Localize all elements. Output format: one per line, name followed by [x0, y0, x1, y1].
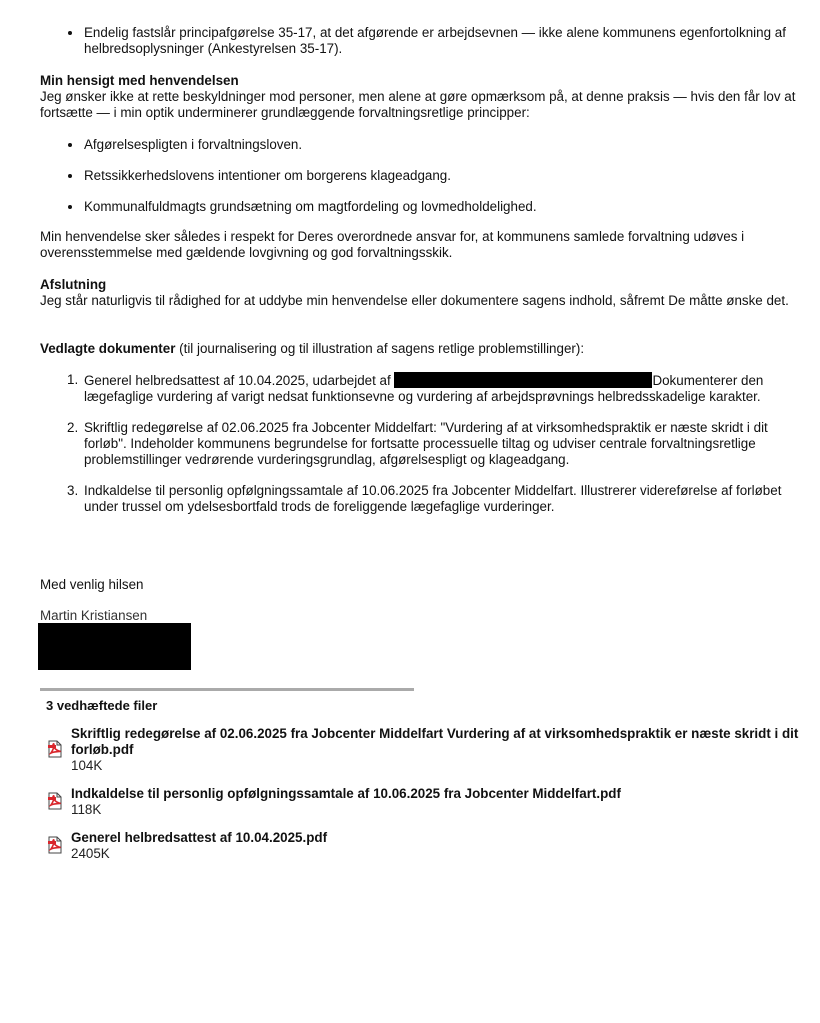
- attachment-item[interactable]: Skriftlig redegørelse af 02.06.2025 fra …: [46, 726, 806, 774]
- attachment-filename[interactable]: Skriftlig redegørelse af 02.06.2025 fra …: [71, 726, 806, 758]
- attachment-size: 104K: [71, 758, 806, 774]
- pdf-file-icon: [46, 740, 64, 758]
- pdf-file-icon: [46, 792, 64, 810]
- list-item: 3. Indkaldelse til personlig opfølgnings…: [40, 483, 800, 515]
- conclusion-section: Afslutning Jeg står naturligvis til rådi…: [40, 277, 789, 309]
- principles-list: Afgørelsespligten i forvaltningsloven. R…: [40, 137, 537, 230]
- section-heading: Min hensigt med henvendelsen: [40, 73, 800, 89]
- greeting: Med venlig hilsen: [40, 577, 143, 593]
- attached-docs-heading: Vedlagte dokumenter (til journalisering …: [40, 341, 584, 357]
- intent-paragraph: Jeg ønsker ikke at rette beskyldninger m…: [40, 89, 800, 121]
- section-heading: Afslutning: [40, 277, 789, 293]
- attachment-size: 2405K: [71, 846, 806, 862]
- item-text: Skriftlig redegørelse af 02.06.2025 fra …: [84, 420, 768, 467]
- list-item: Kommunalfuldmagts grundsætning om magtfo…: [40, 199, 537, 215]
- attachments-heading: 3 vedhæftede filer: [46, 698, 157, 714]
- sender-name: Martin Kristiansen: [40, 608, 147, 624]
- redaction-block: [394, 372, 652, 388]
- attachment-size: 118K: [71, 802, 806, 818]
- list-item: Retssikkerhedslovens intentioner om borg…: [40, 168, 537, 184]
- attached-docs-list: 1. Generel helbredsattest af 10.04.2025,…: [40, 372, 800, 530]
- item-number: 2.: [67, 420, 78, 436]
- attached-docs-subtitle: (til journalisering og til illustration …: [175, 341, 584, 356]
- attachment-item[interactable]: Generel helbredsattest af 10.04.2025.pdf…: [46, 830, 806, 862]
- attachments-divider: [40, 688, 414, 691]
- intent-section: Min hensigt med henvendelsen Jeg ønsker …: [40, 73, 800, 121]
- pdf-file-icon: [46, 836, 64, 854]
- list-item: 2. Skriftlig redegørelse af 02.06.2025 f…: [40, 420, 800, 468]
- conclusion-paragraph: Jeg står naturligvis til rådighed for at…: [40, 293, 789, 309]
- item-text-pre: Generel helbredsattest af 10.04.2025, ud…: [84, 373, 394, 388]
- signature-redaction-block: [38, 623, 191, 670]
- list-item: Afgørelsespligten i forvaltningsloven.: [40, 137, 537, 153]
- list-item: 1. Generel helbredsattest af 10.04.2025,…: [40, 372, 800, 405]
- item-number: 3.: [67, 483, 78, 499]
- attached-docs-title: Vedlagte dokumenter: [40, 341, 175, 356]
- attachment-item[interactable]: Indkaldelse til personlig opfølgningssam…: [46, 786, 806, 818]
- top-bullet-list: Endelig fastslår principafgørelse 35-17,…: [40, 25, 800, 57]
- item-number: 1.: [67, 372, 78, 388]
- item-text: Indkaldelse til personlig opfølgningssam…: [84, 483, 781, 514]
- attachment-filename[interactable]: Indkaldelse til personlig opfølgningssam…: [71, 786, 806, 802]
- attachment-filename[interactable]: Generel helbredsattest af 10.04.2025.pdf: [71, 830, 806, 846]
- intent-closing-paragraph: Min henvendelse sker således i respekt f…: [40, 229, 800, 261]
- list-item: Endelig fastslår principafgørelse 35-17,…: [40, 25, 800, 57]
